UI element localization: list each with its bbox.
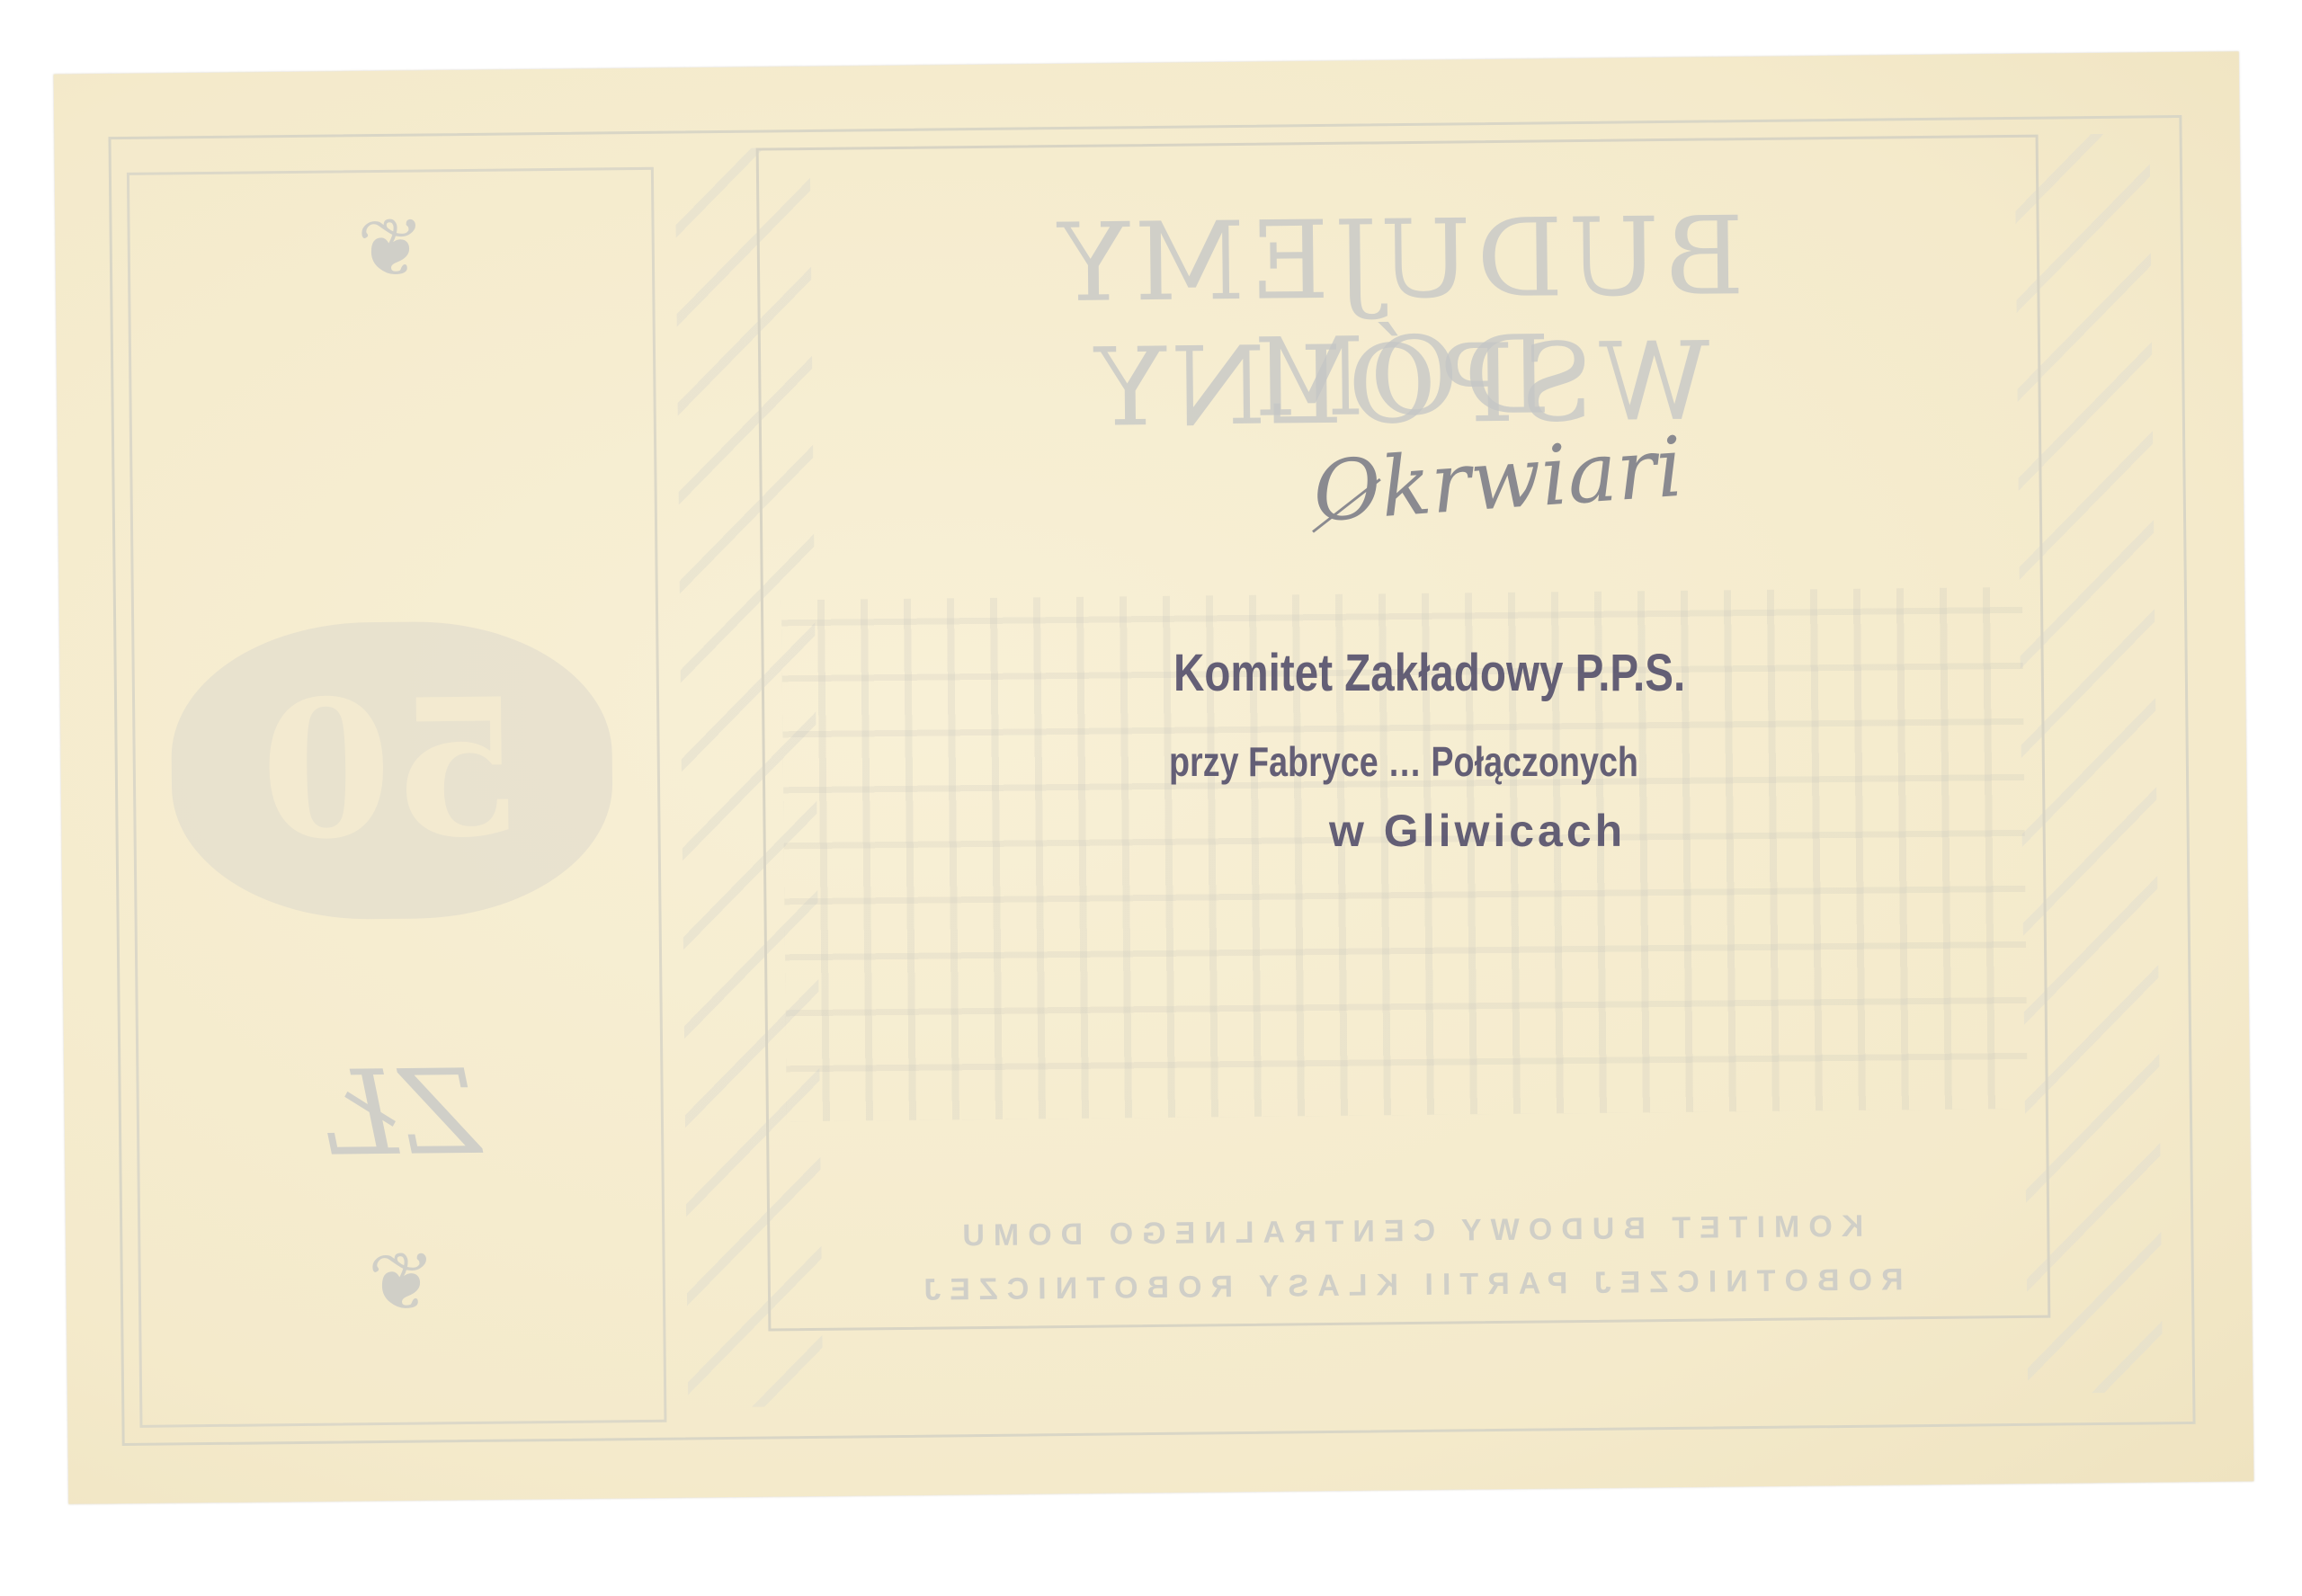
stamp-line-1: Komitet Zakładowy P.P.S.: [1173, 643, 1685, 703]
issuer-line-2: ROBOTNICZEJ PARTII KLASY ROBOTNICZEJ: [771, 1262, 2048, 1310]
leaf-ornament-icon: ❦: [129, 206, 652, 292]
vignette-frame: BUDUJEMY WSPÓLNY DOM KOMITET BUDOWY CENT…: [756, 135, 2051, 1332]
stamp-line-3: w Gliwicach: [1329, 805, 1626, 857]
denomination-value: 50: [171, 655, 614, 882]
denomination-panel: ❦ 50 ZŁ ❦: [127, 167, 667, 1428]
stamp-line-2: przy Fabryce … Połączonych: [1169, 737, 1638, 786]
leaf-ornament-icon: ❦: [140, 1240, 663, 1326]
currency-label: ZŁ: [138, 1042, 662, 1184]
voucher-paper: ❦ 50 ZŁ ❦ BUDUJEMY WSPÓLNY DOM KOMITET B…: [54, 51, 2254, 1503]
slogan-line-2: DOM: [761, 308, 2039, 447]
issuer-line-1: KOMITET BUDOWY CENTRALNEGO DOMU: [770, 1208, 2047, 1256]
